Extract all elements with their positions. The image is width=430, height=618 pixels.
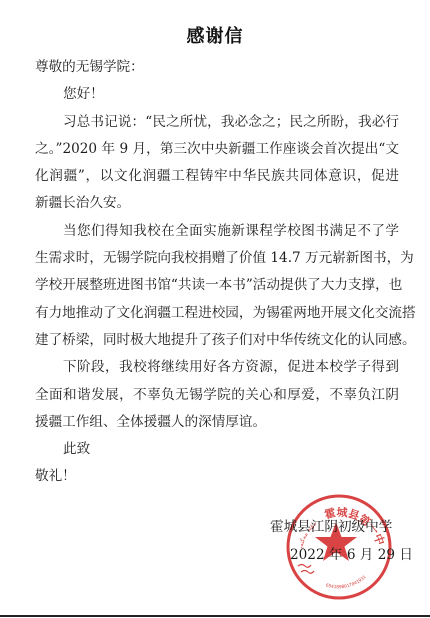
paragraph-line: 全面和谐发展，不辜负无锡学院的关心和厚爱，不辜负江阴 — [35, 382, 399, 409]
signature-date: 2022 年 6 月 29 日 — [290, 545, 413, 565]
svg-text:6541890017041931: 6541890017041931 — [325, 574, 368, 590]
paragraph-line: 援疆工作组、全体援疆人的深情厚谊。 — [35, 409, 399, 436]
paragraph-1: 习总书记说：“民之所忧，我必念之；民之所盼，我必行 之。”2020 年 9 月，… — [35, 109, 399, 218]
paragraph-3: 下阶段，我校将继续用好各方资源，促进本校学子得到 全面和谐发展，不辜负无锡学院的… — [35, 354, 399, 436]
closing-line-1: 此致 — [35, 436, 399, 463]
letter-page: 感谢信 尊敬的无锡学院： 您好！ 习总书记说：“民之所忧，我必念之；民之所盼，我… — [0, 0, 430, 618]
paragraph-line: 有力地推动了文化润疆工程进校园，为锡霍两地开展文化交流搭 — [35, 300, 399, 327]
paragraph-line: 学校开展整班进图书馆“共读一本书”活动提供了大力支撑，也 — [35, 272, 399, 299]
greeting: 您好！ — [35, 81, 399, 108]
closing-line-2: 敬礼！ — [35, 463, 399, 490]
page-bottom-border — [0, 615, 430, 617]
paragraph-line: 化润疆”，以文化润疆工程铸牢中华民族共同体意识，促进 — [35, 163, 399, 190]
paragraph-line: 下阶段，我校将继续用好各方资源，促进本校学子得到 — [35, 354, 399, 381]
salutation: 尊敬的无锡学院： — [35, 54, 399, 81]
letter-title: 感谢信 — [0, 26, 430, 48]
paragraph-line: 生需求时，无锡学院向我校捐赠了价值 14.7 万元崭新图书，为 — [35, 245, 399, 272]
paragraph-line: 之。”2020 年 9 月，第三次中央新疆工作座谈会首次提出“文 — [35, 136, 399, 163]
paragraph-line: 习总书记说：“民之所忧，我必念之；民之所盼，我必行 — [35, 109, 399, 136]
paragraph-line: 当您们得知我校在全面实施新课程学校图书满足不了学 — [35, 218, 399, 245]
letter-body: 尊敬的无锡学院： 您好！ 习总书记说：“民之所忧，我必念之；民之所盼，我必行 之… — [35, 54, 399, 491]
signature-school-name: 霍城县江阴初级中学 — [270, 517, 392, 537]
paragraph-line: 新疆长治久安。 — [35, 190, 399, 217]
paragraph-2: 当您们得知我校在全面实施新课程学校图书满足不了学 生需求时，无锡学院向我校捐赠了… — [35, 218, 399, 354]
paragraph-line: 建了桥梁，同时极大地提升了孩子们对中华传统文化的认同感。 — [35, 327, 399, 354]
